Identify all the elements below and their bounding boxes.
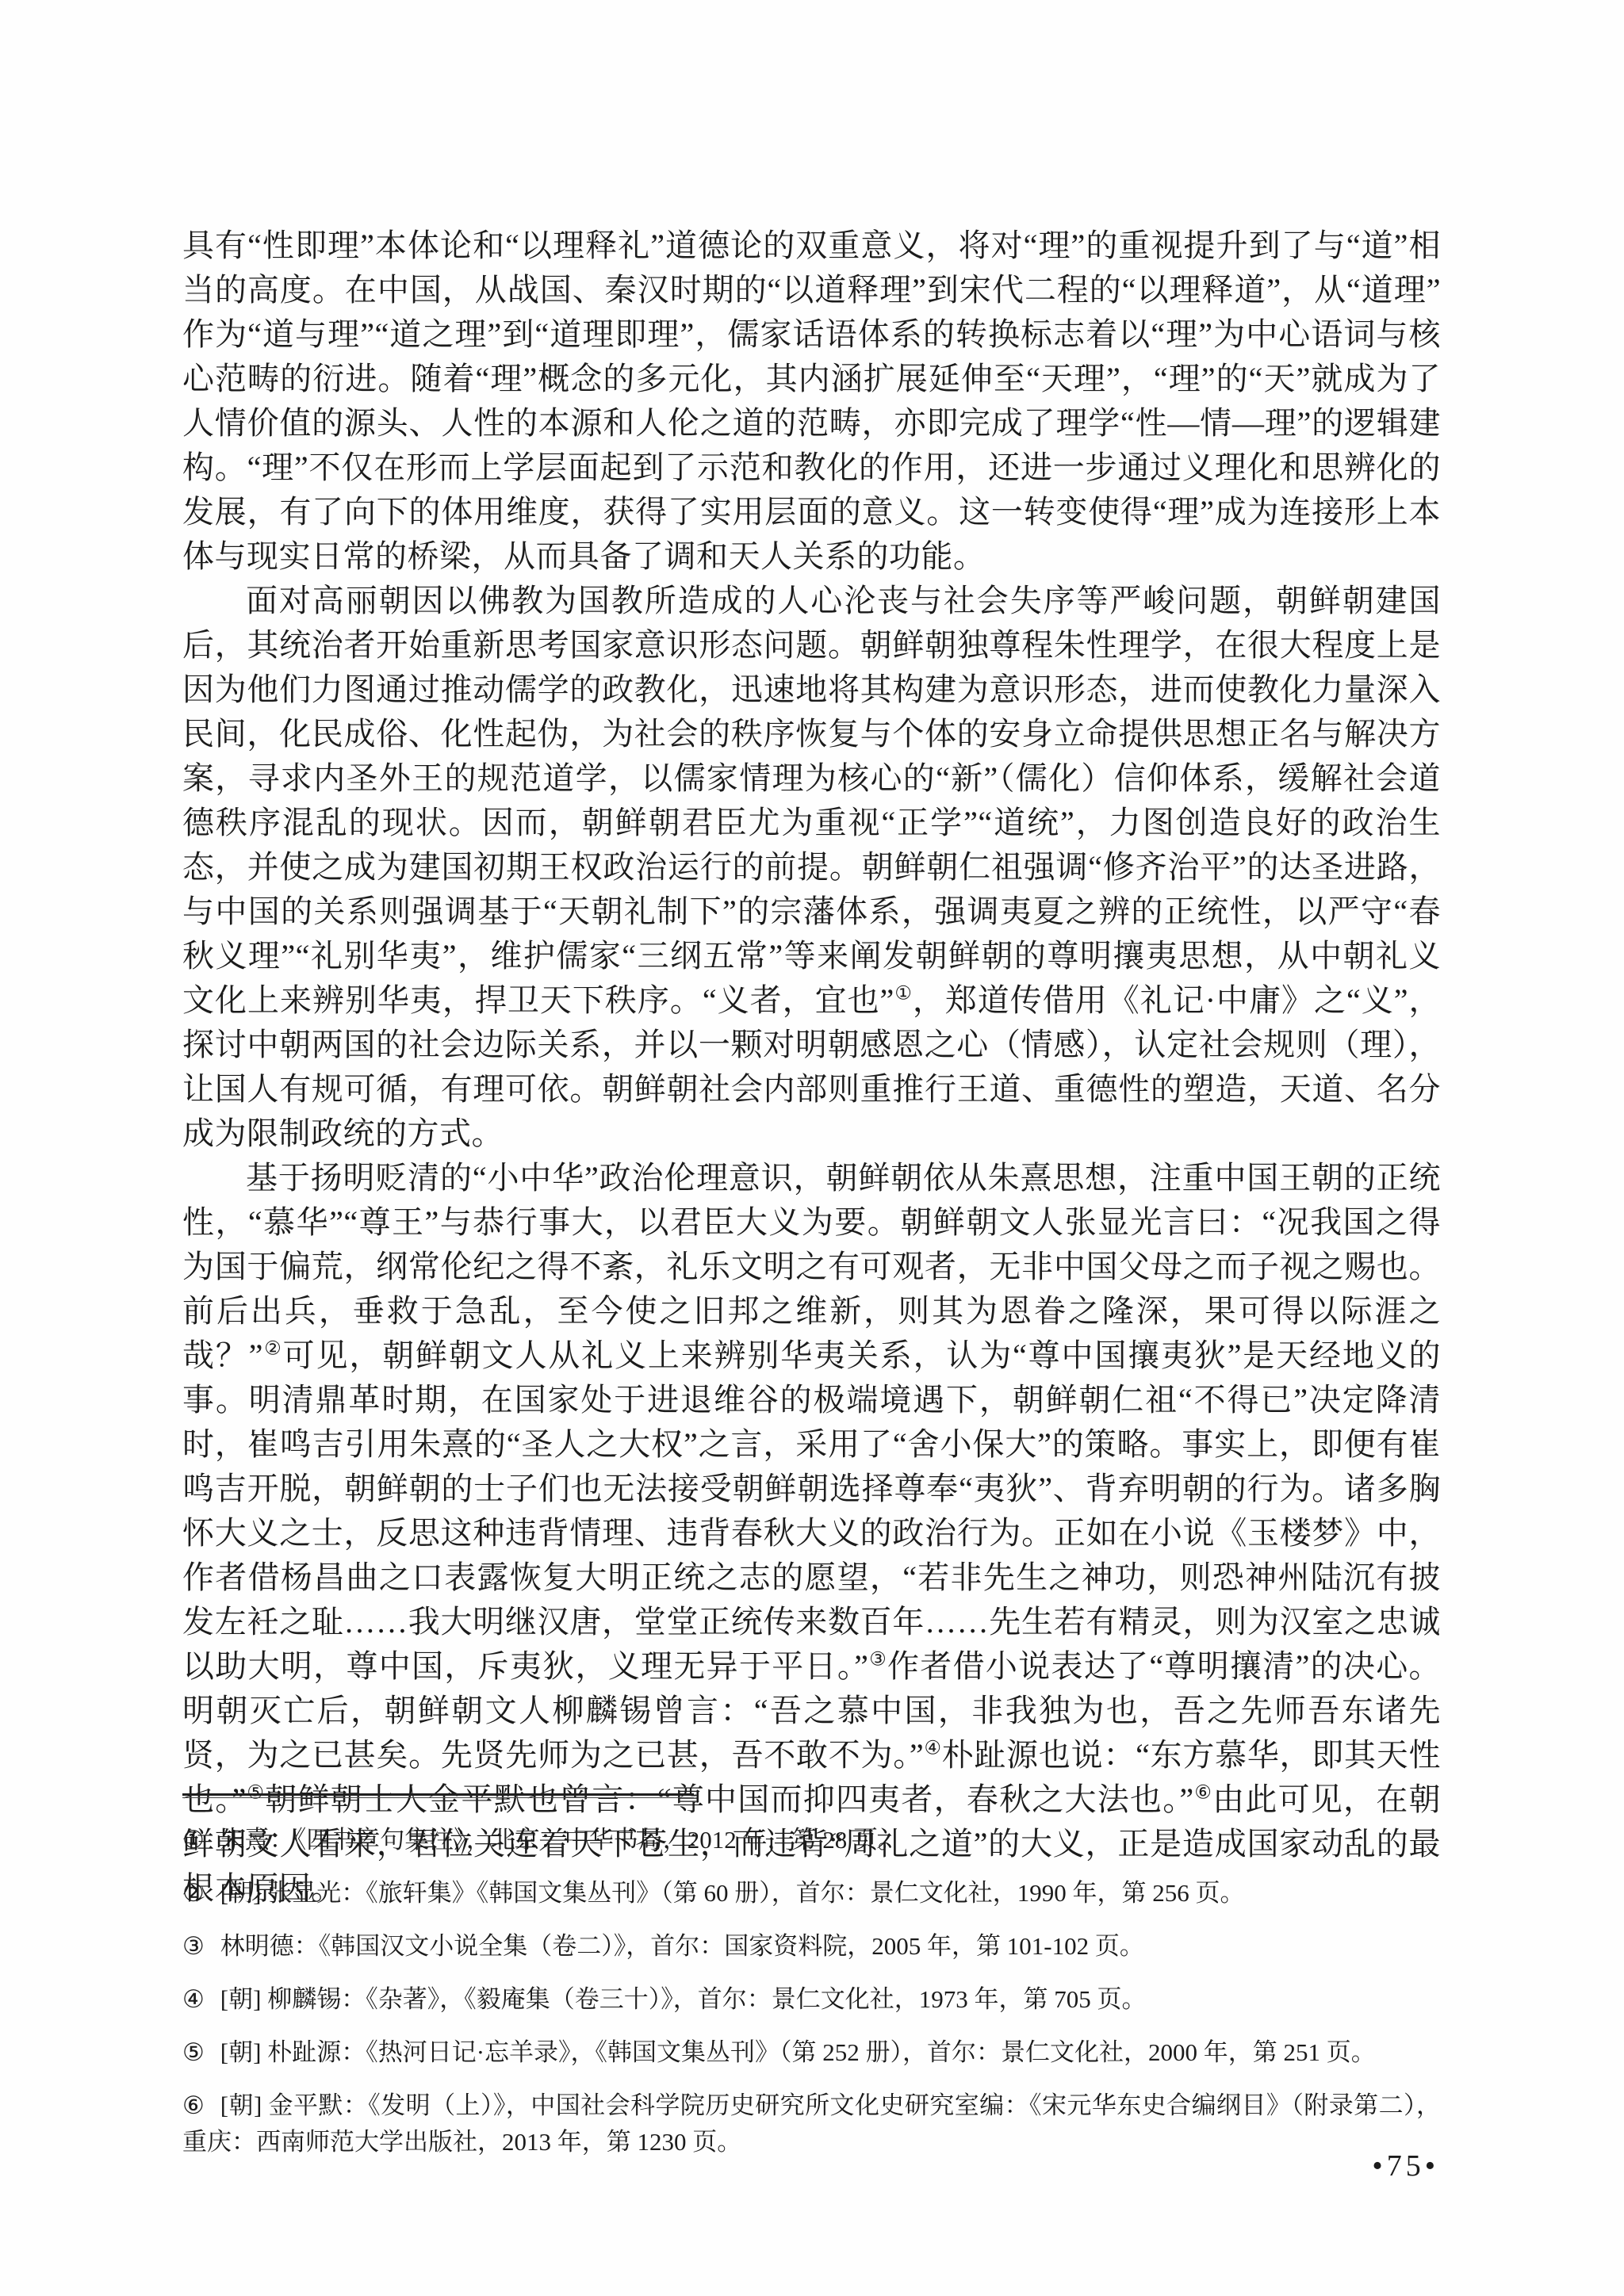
- footnote-marker: ⑤: [182, 2034, 205, 2071]
- footnote-marker: ③: [182, 1928, 205, 1965]
- footnote-item: ①朱熹：《四书章句集注》，北京：中华书局，2012 年，第 28 页。: [182, 1822, 1441, 1858]
- footnote-text: [朝] 张显光：《旅轩集》《韩国文集丛刊》（第 60 册），首尔：景仁文化社，1…: [220, 1879, 1245, 1907]
- footnote-item: ③林明德：《韩国汉文小说全集（卷二）》，首尔：国家资料院，2005 年，第 10…: [182, 1928, 1441, 1965]
- footnote-marker: ④: [182, 1981, 205, 2018]
- footnote-marker: ⑥: [182, 2087, 205, 2124]
- footnote-item: ⑤[朝] 朴趾源：《热河日记·忘羊录》，《韩国文集丛刊》（第 252 册），首尔…: [182, 2034, 1441, 2071]
- article-body: 具有“性即理”本体论和“以理释礼”道德论的双重意义，将对“理”的重视提升到了与“…: [182, 224, 1441, 1911]
- footnote-text: 林明德：《韩国汉文小说全集（卷二）》，首尔：国家资料院，2005 年，第 101…: [220, 1932, 1144, 1960]
- document-page: 具有“性即理”本体论和“以理释礼”道德论的双重意义，将对“理”的重视提升到了与“…: [0, 0, 1624, 2296]
- footnote-text: [朝] 金平默：《发明（上）》，中国社会科学院历史研究所文化史研究室编：《宋元华…: [182, 2091, 1441, 2156]
- paragraph: 面对高丽朝因以佛教为国教所造成的人心沦丧与社会失序等严峻问题，朝鲜朝建国后，其统…: [182, 579, 1441, 1156]
- footnote-marker: ②: [182, 1875, 205, 1911]
- footnote-item: ④[朝] 柳麟锡：《杂著》，《毅庵集（卷三十）》，首尔：景仁文化社，1973 年…: [182, 1981, 1441, 2018]
- footnote-item: ②[朝] 张显光：《旅轩集》《韩国文集丛刊》（第 60 册），首尔：景仁文化社，…: [182, 1875, 1441, 1911]
- footnote-text: [朝] 朴趾源：《热河日记·忘羊录》，《韩国文集丛刊》（第 252 册），首尔：…: [220, 2038, 1376, 2066]
- footnote-marker: ①: [182, 1822, 205, 1858]
- footnotes-section: ①朱熹：《四书章句集注》，北京：中华书局，2012 年，第 28 页。②[朝] …: [182, 1793, 1441, 2177]
- footnote-item: ⑥[朝] 金平默：《发明（上）》，中国社会科学院历史研究所文化史研究室编：《宋元…: [182, 2087, 1441, 2160]
- footnote-ref: ②: [263, 1339, 283, 1360]
- footnote-text: 朱熹：《四书章句集注》，北京：中华书局，2012 年，第 28 页。: [220, 1826, 902, 1854]
- footnote-ref: ①: [894, 984, 913, 1004]
- footnote-ref: ③: [868, 1650, 887, 1670]
- footnotes-list: ①朱熹：《四书章句集注》，北京：中华书局，2012 年，第 28 页。②[朝] …: [182, 1822, 1441, 2160]
- page-number: •75•: [1372, 2149, 1439, 2183]
- footnote-separator: [182, 1793, 694, 1798]
- footnote-ref: ④: [924, 1739, 942, 1759]
- paragraph: 具有“性即理”本体论和“以理释礼”道德论的双重意义，将对“理”的重视提升到了与“…: [182, 224, 1441, 579]
- footnote-text: [朝] 柳麟锡：《杂著》，《毅庵集（卷三十）》，首尔：景仁文化社，1973 年，…: [220, 1985, 1147, 2013]
